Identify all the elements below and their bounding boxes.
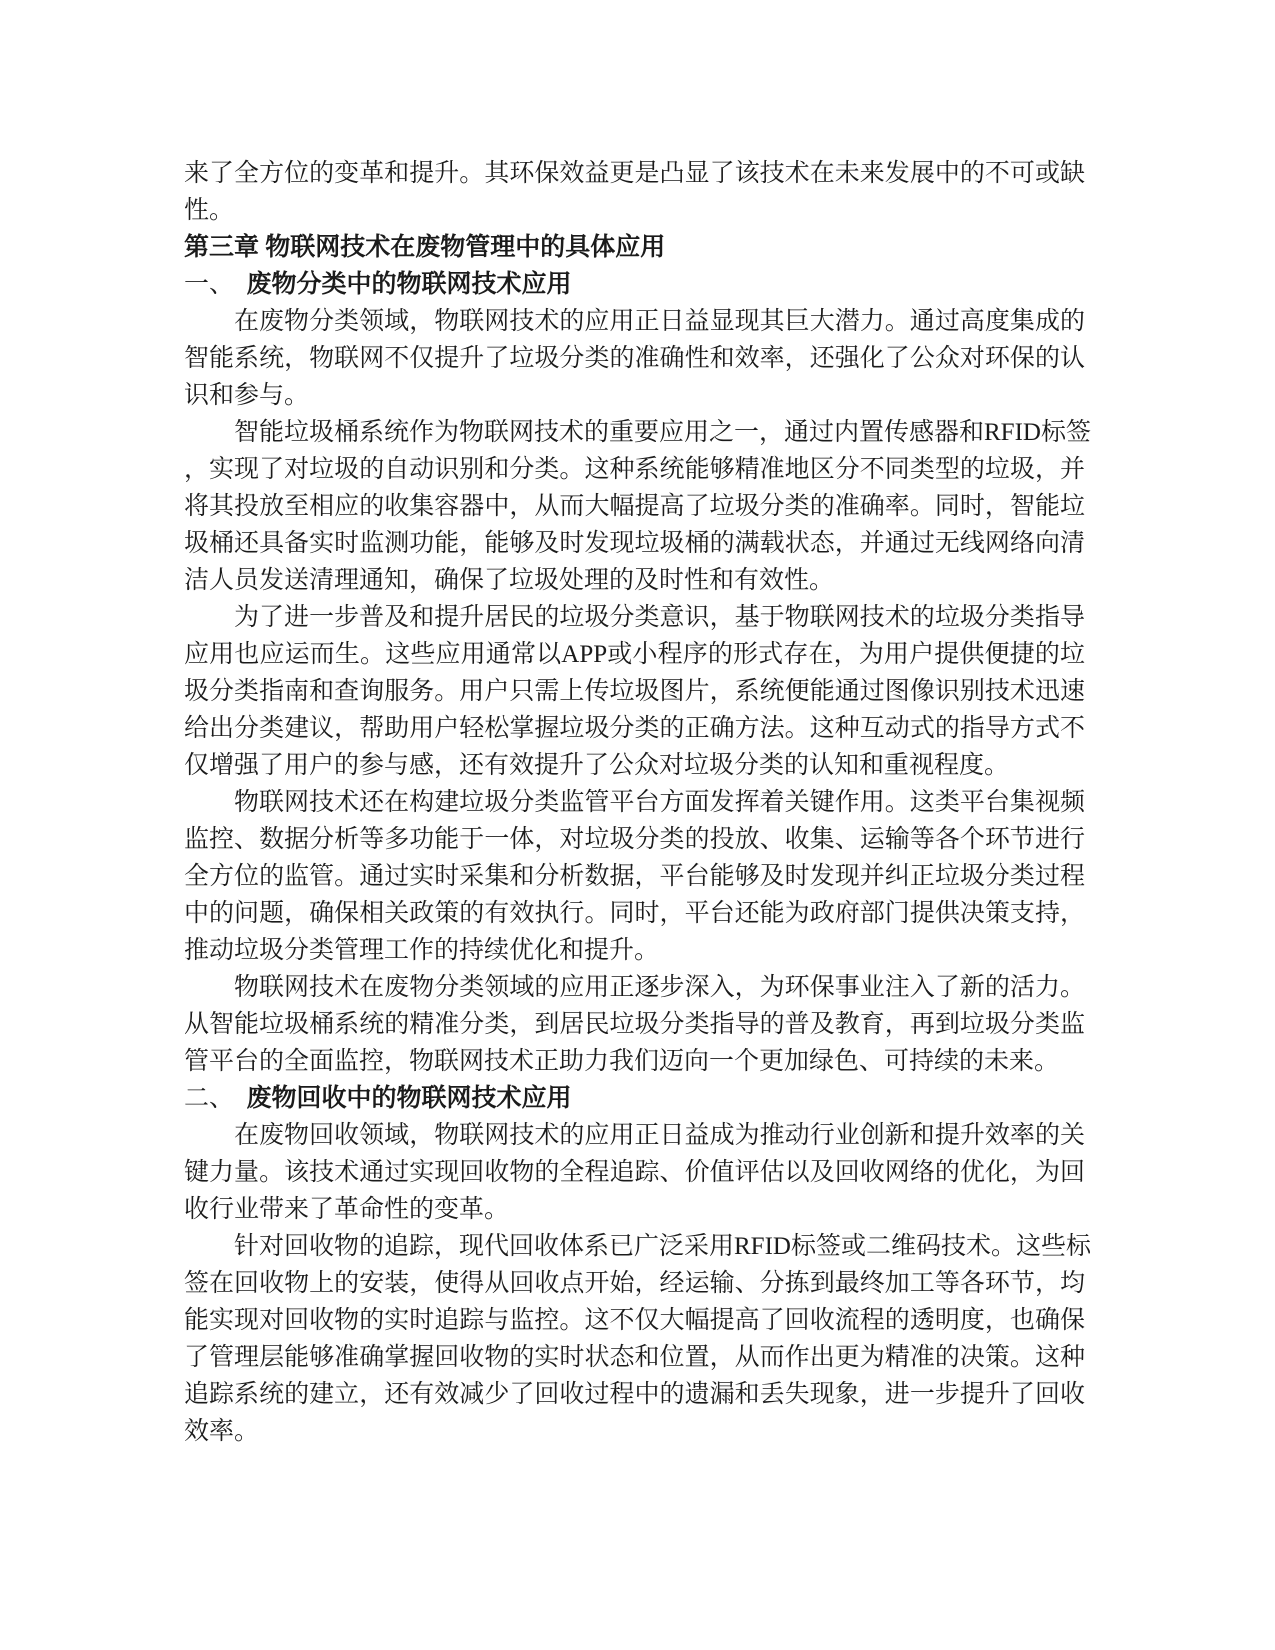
text-line: 全方位的监管。通过实时采集和分析数据，平台能够及时发现并纠正垃圾分类过程 (184, 858, 1085, 895)
heading-text: 废物分类中的物联网技术应用 (247, 271, 572, 298)
text-line: 收行业带来了革命性的变革。 (184, 1191, 1085, 1228)
text-run: 能实现对回收物的实时追踪与监控。这不仅大幅提高了回收流程的透明度，也确保 (184, 1307, 1085, 1334)
text-run: 在废物回收领域，物联网技术的应用正日益成为推动行业创新和提升效率的关 (234, 1122, 1085, 1149)
text-run: 智能垃圾桶系统作为物联网技术的重要应用之一，通过内置传感器和RFID标签 (234, 419, 1091, 446)
text-run: 效率。 (184, 1418, 259, 1445)
text-line: 圾桶还具备实时监测功能，能够及时发现垃圾桶的满载状态，并通过无线网络向清 (184, 525, 1085, 562)
text-run: 签在回收物上的安装，使得从回收点开始，经运输、分拣到最终加工等各环节，均 (184, 1270, 1085, 1297)
text-line: 键力量。该技术通过实现回收物的全程追踪、价值评估以及回收网络的优化，为回 (184, 1154, 1085, 1191)
text-line: 来了全方位的变革和提升。其环保效益更是凸显了该技术在未来发展中的不可或缺 (184, 155, 1085, 192)
heading-section-1: 一、 废物分类中的物联网技术应用 (184, 266, 1085, 303)
text-line: 中的问题，确保相关政策的有效执行。同时，平台还能为政府部门提供决策支持， (184, 895, 1085, 932)
text-run: 智能系统，物联网不仅提升了垃圾分类的准确性和效率，还强化了公众对环保的认 (184, 345, 1085, 372)
text-line: 将其投放至相应的收集容器中，从而大幅提高了垃圾分类的准确率。同时，智能垃 (184, 488, 1085, 525)
heading-text: 第三章 物联网技术在废物管理中的具体应用 (184, 234, 665, 261)
text-run: 识和参与。 (184, 382, 309, 409)
text-run: 监控、数据分析等多功能于一体，对垃圾分类的投放、收集、运输等各个环节进行 (184, 826, 1085, 853)
text-run: 针对回收物的追踪，现代回收体系已广泛采用RFID标签或二维码技术。这些标 (234, 1233, 1091, 1260)
text-line: 洁人员发送清理通知，确保了垃圾处理的及时性和有效性。 (184, 562, 1085, 599)
text-line: 性。 (184, 192, 1085, 229)
text-run: 键力量。该技术通过实现回收物的全程追踪、价值评估以及回收网络的优化，为回 (184, 1159, 1085, 1186)
text-line: 了管理层能够准确掌握回收物的实时状态和位置，从而作出更为精准的决策。这种 (184, 1339, 1085, 1376)
text-run: 物联网技术还在构建垃圾分类监管平台方面发挥着关键作用。这类平台集视频 (234, 789, 1085, 816)
text-line: 仅增强了用户的参与感，还有效提升了公众对垃圾分类的认知和重视程度。 (184, 747, 1085, 784)
text-line: 签在回收物上的安装，使得从回收点开始，经运输、分拣到最终加工等各环节，均 (184, 1265, 1085, 1302)
text-line: 能实现对回收物的实时追踪与监控。这不仅大幅提高了回收流程的透明度，也确保 (184, 1302, 1085, 1339)
text-run: 物联网技术在废物分类领域的应用正逐步深入，为环保事业注入了新的活力。 (234, 974, 1085, 1001)
text-run: 收行业带来了革命性的变革。 (184, 1196, 509, 1223)
text-run: 给出分类建议，帮助用户轻松掌握垃圾分类的正确方法。这种互动式的指导方式不 (184, 715, 1085, 742)
text-run: 为了进一步普及和提升居民的垃圾分类意识，基于物联网技术的垃圾分类指导 (234, 604, 1085, 631)
text-run: 从智能垃圾桶系统的精准分类，到居民垃圾分类指导的普及教育，再到垃圾分类监 (184, 1011, 1085, 1038)
text-run: 推动垃圾分类管理工作的持续优化和提升。 (184, 937, 659, 964)
text-line: 智能垃圾桶系统作为物联网技术的重要应用之一，通过内置传感器和RFID标签 (184, 414, 1085, 451)
document-page: 来了全方位的变革和提升。其环保效益更是凸显了该技术在未来发展中的不可或缺性。第三… (0, 0, 1275, 1650)
text-run: 将其投放至相应的收集容器中，从而大幅提高了垃圾分类的准确率。同时，智能垃 (184, 493, 1085, 520)
text-run: 来了全方位的变革和提升。其环保效益更是凸显了该技术在未来发展中的不可或缺 (184, 160, 1085, 187)
text-line: 圾分类指南和查询服务。用户只需上传垃圾图片，系统便能通过图像识别技术迅速 (184, 673, 1085, 710)
text-run: 性。 (184, 197, 234, 224)
text-block: 来了全方位的变革和提升。其环保效益更是凸显了该技术在未来发展中的不可或缺性。第三… (184, 155, 1085, 1450)
text-line: 识和参与。 (184, 377, 1085, 414)
text-line: 推动垃圾分类管理工作的持续优化和提升。 (184, 932, 1085, 969)
text-run: 全方位的监管。通过实时采集和分析数据，平台能够及时发现并纠正垃圾分类过程 (184, 863, 1085, 890)
text-line: 应用也应运而生。这些应用通常以APP或小程序的形式存在，为用户提供便捷的垃 (184, 636, 1085, 673)
heading-chapter-3: 第三章 物联网技术在废物管理中的具体应用 (184, 229, 1085, 266)
text-run: 在废物分类领域，物联网技术的应用正日益显现其巨大潜力。通过高度集成的 (234, 308, 1085, 335)
text-line: 为了进一步普及和提升居民的垃圾分类意识，基于物联网技术的垃圾分类指导 (184, 599, 1085, 636)
text-run: 管平台的全面监控，物联网技术正助力我们迈向一个更加绿色、可持续的未来。 (184, 1048, 1059, 1075)
text-line: 监控、数据分析等多功能于一体，对垃圾分类的投放、收集、运输等各个环节进行 (184, 821, 1085, 858)
text-line: 从智能垃圾桶系统的精准分类，到居民垃圾分类指导的普及教育，再到垃圾分类监 (184, 1006, 1085, 1043)
text-line: ，实现了对垃圾的自动识别和分类。这种系统能够精准地区分不同类型的垃圾，并 (184, 451, 1085, 488)
text-run: 圾分类指南和查询服务。用户只需上传垃圾图片，系统便能通过图像识别技术迅速 (184, 678, 1085, 705)
text-run: 二、 (184, 1085, 247, 1112)
text-line: 物联网技术在废物分类领域的应用正逐步深入，为环保事业注入了新的活力。 (184, 969, 1085, 1006)
text-run: 洁人员发送清理通知，确保了垃圾处理的及时性和有效性。 (184, 567, 834, 594)
text-line: 智能系统，物联网不仅提升了垃圾分类的准确性和效率，还强化了公众对环保的认 (184, 340, 1085, 377)
text-line: 物联网技术还在构建垃圾分类监管平台方面发挥着关键作用。这类平台集视频 (184, 784, 1085, 821)
heading-text: 废物回收中的物联网技术应用 (247, 1085, 572, 1112)
text-line: 管平台的全面监控，物联网技术正助力我们迈向一个更加绿色、可持续的未来。 (184, 1043, 1085, 1080)
text-run: 应用也应运而生。这些应用通常以APP或小程序的形式存在，为用户提供便捷的垃 (184, 641, 1085, 668)
text-line: 在废物回收领域，物联网技术的应用正日益成为推动行业创新和提升效率的关 (184, 1117, 1085, 1154)
text-run: 仅增强了用户的参与感，还有效提升了公众对垃圾分类的认知和重视程度。 (184, 752, 1009, 779)
text-run: 追踪系统的建立，还有效减少了回收过程中的遗漏和丢失现象，进一步提升了回收 (184, 1381, 1085, 1408)
text-run: 一、 (184, 271, 247, 298)
text-line: 追踪系统的建立，还有效减少了回收过程中的遗漏和丢失现象，进一步提升了回收 (184, 1376, 1085, 1413)
text-line: 在废物分类领域，物联网技术的应用正日益显现其巨大潜力。通过高度集成的 (184, 303, 1085, 340)
heading-section-2: 二、 废物回收中的物联网技术应用 (184, 1080, 1085, 1117)
text-line: 针对回收物的追踪，现代回收体系已广泛采用RFID标签或二维码技术。这些标 (184, 1228, 1085, 1265)
text-run: 圾桶还具备实时监测功能，能够及时发现垃圾桶的满载状态，并通过无线网络向清 (184, 530, 1085, 557)
text-line: 效率。 (184, 1413, 1085, 1450)
text-run: 中的问题，确保相关政策的有效执行。同时，平台还能为政府部门提供决策支持， (184, 900, 1085, 927)
text-run: ，实现了对垃圾的自动识别和分类。这种系统能够精准地区分不同类型的垃圾，并 (184, 456, 1085, 483)
text-run: 了管理层能够准确掌握回收物的实时状态和位置，从而作出更为精准的决策。这种 (184, 1344, 1085, 1371)
text-line: 给出分类建议，帮助用户轻松掌握垃圾分类的正确方法。这种互动式的指导方式不 (184, 710, 1085, 747)
